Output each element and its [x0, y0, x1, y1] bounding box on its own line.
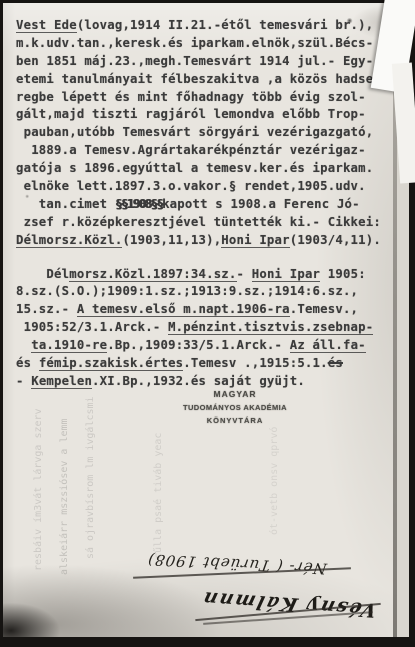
text-line: tan.cimet §§1908§§kapott s 1908.a Ferenc… — [16, 196, 398, 214]
text-segment: (lovag,1914 II.21.-étől temesvári br.), — [77, 18, 374, 32]
text-segment: (1903/4,11). — [290, 233, 381, 247]
text-line: m.k.udv.tan.,keresk.és iparkam.elnök,szü… — [16, 35, 398, 53]
bleedthrough-ghost-text: resbáiv ím3vát lárvga szerv — [33, 408, 44, 571]
paper-background: Vest Ede(lovag,1914 II.21.-étől temesvár… — [3, 3, 406, 637]
underlined-text: Honi Ipar — [252, 267, 320, 282]
bleedthrough-ghost-text: sá ojravbísrom lm ivgálcsmi — [85, 396, 96, 559]
text-segment: .Bp.,1909:33/5.1.Arck.- — [107, 338, 289, 352]
text-segment: 1905:52/3.1.Arck.- — [16, 320, 168, 334]
text-segment — [16, 338, 31, 352]
stamp-line: TUDOMÁNYOS AKADÉMIA — [161, 403, 309, 412]
handwritten-note-upside-down: Nér- ( Turüebt 1908) — [126, 549, 349, 578]
bleedthrough-ghost-text: alskeiárr mszsiósev a lemm — [59, 418, 70, 575]
underlined-text: morsz.Közl.1897:34.sz. — [69, 267, 236, 282]
text-segment: gatója s 1896.egyúttal a temesv.ker.és i… — [16, 161, 373, 175]
typewritten-text: Vest Ede(lovag,1914 II.21.-étől temesvár… — [16, 17, 398, 407]
paragraph: Délmorsz.Közl.1897:34.sz.- Honi Ipar 190… — [16, 266, 398, 391]
text-line: ben 1851 máj.23.,megh.Temesvárt 1914 jul… — [16, 53, 398, 71]
underlined-text: fémip.szakisk.értes — [39, 356, 183, 371]
text-segment: pauban,utóbb Temesvárt sörgyári vezériga… — [16, 125, 373, 139]
text-segment: 8.sz.(S.O.);1909:1.sz.;1913:9.sz.;1914:6… — [16, 284, 358, 298]
text-segment: - — [237, 267, 252, 281]
text-line: 15.sz.- A temesv.első m.napt.1906-ra.Tem… — [16, 301, 398, 319]
text-segment: (1903,11,13), — [122, 233, 221, 247]
text-line: regbe lépett és mint főhadnagy több évig… — [16, 89, 398, 107]
text-line: Délmorsz.Közl.(1903,11,13),Honi Ipar(190… — [16, 232, 398, 250]
text-line: etemi tanulmányait félbeszakitva ,a közö… — [16, 71, 398, 89]
text-line: és fémip.szakisk.értes.Temesv .,1915:5.1… — [16, 355, 398, 373]
text-line: 1889.a Temesv.Agrártakarékpénztár vezéri… — [16, 142, 398, 160]
text-segment: kapott s 1908.a Ferenc Jó- — [162, 197, 360, 211]
text-segment: 15.sz.- — [16, 302, 77, 316]
underlined-text: Honi Ipar — [221, 233, 289, 248]
underlined-text: A temesv.első m.napt.1906-ra — [77, 302, 290, 317]
text-line: gatója s 1896.egyúttal a temesv.ker.és i… — [16, 160, 398, 178]
text-segment: §§1908§§ — [115, 197, 162, 211]
text-segment: tan.cimet — [16, 197, 115, 211]
library-stamp: MAGYAR TUDOMÁNYOS AKADÉMIA KÖNYVTÁRA — [161, 389, 309, 425]
text-line: 1905:52/3.1.Arck.- M.pénzint.tisztvis.zs… — [16, 319, 398, 337]
underlined-text: M.pénzint.tisztvis.zsebnap- — [168, 320, 373, 335]
text-segment: - — [16, 374, 31, 388]
text-line: Vest Ede(lovag,1914 II.21.-étől temesvár… — [16, 17, 398, 35]
text-segment: .XI.Bp.,1932.és saját gyüjt. — [92, 374, 305, 388]
paragraph: Vest Ede(lovag,1914 II.21.-étől temesvár… — [16, 17, 398, 250]
stamp-line: MAGYAR — [161, 389, 309, 399]
underlined-text: Az áll.fa- — [290, 338, 366, 353]
text-line: zsef r.középkeresztjével tüntették ki.- … — [16, 214, 398, 232]
text-segment: .Temesv., — [290, 302, 358, 316]
stamp-line: KÖNYVTÁRA — [161, 416, 309, 425]
text-segment: Dél — [16, 267, 69, 281]
text-segment: és — [16, 356, 39, 370]
text-line: pauban,utóbb Temesvárt sörgyári vezériga… — [16, 124, 398, 142]
text-segment: zsef r.középkeresztjével tüntették ki.- … — [16, 215, 381, 229]
text-line: ta.1910-re.Bp.,1909:33/5.1.Arck.- Az áll… — [16, 337, 398, 355]
underlined-text: Délmorsz.Közl. — [16, 233, 122, 248]
underlined-text: Kempelen — [31, 374, 92, 389]
bleedthrough-ghost-text: cűlla psaé tiváb yeac — [153, 433, 164, 559]
text-line: 8.sz.(S.O.);1909:1.sz.;1913:9.sz.;1914:6… — [16, 283, 398, 301]
text-segment: gált,majd tiszti ragjáról lemondva előbb… — [16, 107, 366, 121]
text-line: Délmorsz.Közl.1897:34.sz.- Honi Ipar 190… — [16, 266, 398, 284]
bleedthrough-ghost-text: ót-vetb onsv qprvó — [269, 427, 280, 535]
text-segment: 1905: — [320, 267, 366, 281]
struck-text: és — [328, 356, 343, 370]
text-line: elnöke lett.1897.3.o.vakor.§ rendet,1905… — [16, 178, 398, 196]
text-segment: ben 1851 máj.23.,megh.Temesvárt 1914 jul… — [16, 54, 373, 68]
underlined-text: ta.1910-re — [31, 338, 107, 353]
text-segment: .Temesv .,1915:5.1. — [183, 356, 327, 370]
underlined-text: Vest Ede — [16, 18, 77, 33]
text-segment: elnöke lett.1897.3.o.vakor.§ rendet,1905… — [16, 179, 366, 193]
scanned-card: Vest Ede(lovag,1914 II.21.-étől temesvár… — [0, 0, 415, 647]
text-line: gált,majd tiszti ragjáról lemondva előbb… — [16, 106, 398, 124]
text-segment: m.k.udv.tan.,keresk.és iparkam.elnök,szü… — [16, 36, 373, 50]
text-segment: 1889.a Temesv.Agrártakarékpénztár vezéri… — [16, 143, 366, 157]
text-segment: etemi tanulmányait félbeszakitva ,a közö… — [16, 72, 381, 86]
text-segment: regbe lépett és mint főhadnagy több évig… — [16, 90, 366, 104]
